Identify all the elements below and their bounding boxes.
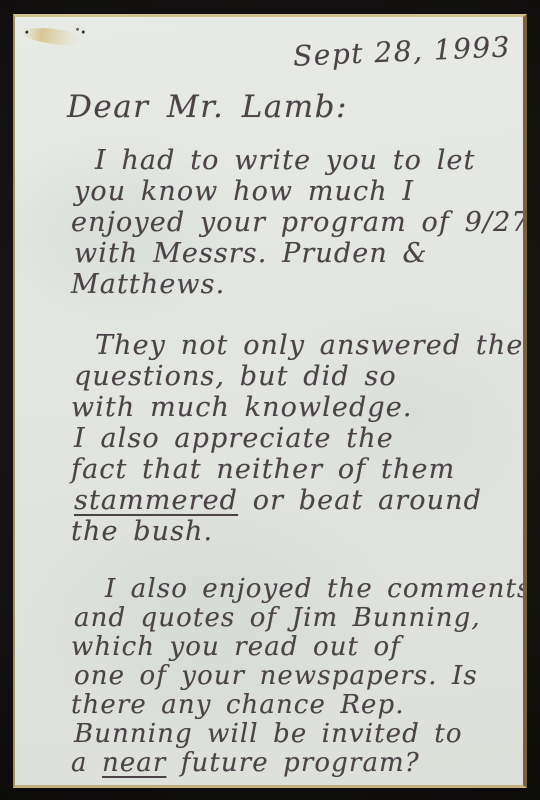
underlined-word: near <box>102 748 166 778</box>
letter-body: I had to write you to letyou know how mu… <box>71 145 521 778</box>
letter-line: you know how much I <box>74 176 521 207</box>
letter-line: fact that neither of them <box>71 454 521 485</box>
letter-line: which you read out of <box>71 633 521 662</box>
letter-line: one of your newspapers. Is <box>74 662 521 691</box>
letter-line: stammered or beat around <box>74 485 521 516</box>
letter-line: I also enjoyed the comments <box>105 575 521 604</box>
letter-paragraph: They not only answered thequestions, but… <box>71 330 521 547</box>
letter-line: I also appreciate the <box>74 423 521 454</box>
letter-salutation: Dear Mr. Lamb: <box>67 89 348 125</box>
underlined-word: stammered <box>74 485 238 516</box>
letter-paragraph: I had to write you to letyou know how mu… <box>71 145 521 300</box>
letter-line: enjoyed your program of 9/27/93 <box>71 207 521 238</box>
letter-paragraph: I also enjoyed the commentsand quotes of… <box>71 575 521 778</box>
photo-backdrop: Sept 28, 1993 Dear Mr. Lamb: I had to wr… <box>0 0 540 800</box>
letter-paper: Sept 28, 1993 Dear Mr. Lamb: I had to wr… <box>13 14 527 788</box>
letter-line: there any chance Rep. <box>71 691 521 720</box>
letter-line: with much knowledge. <box>71 392 521 423</box>
letter-line: They not only answered the <box>95 330 521 361</box>
staple-mark <box>22 25 85 47</box>
letter-line: the bush. <box>71 516 521 547</box>
letter-line: and quotes of Jim Bunning, <box>74 604 521 633</box>
letter-line: I had to write you to let <box>95 145 521 176</box>
letter-date: Sept 28, 1993 <box>292 30 511 72</box>
letter-line: Matthews. <box>71 269 521 300</box>
letter-line: questions, but did so <box>74 361 521 392</box>
letter-line: Bunning will be invited to <box>74 720 521 749</box>
letter-line: a near future program? <box>71 749 521 778</box>
letter-line: with Messrs. Pruden & <box>74 238 521 269</box>
